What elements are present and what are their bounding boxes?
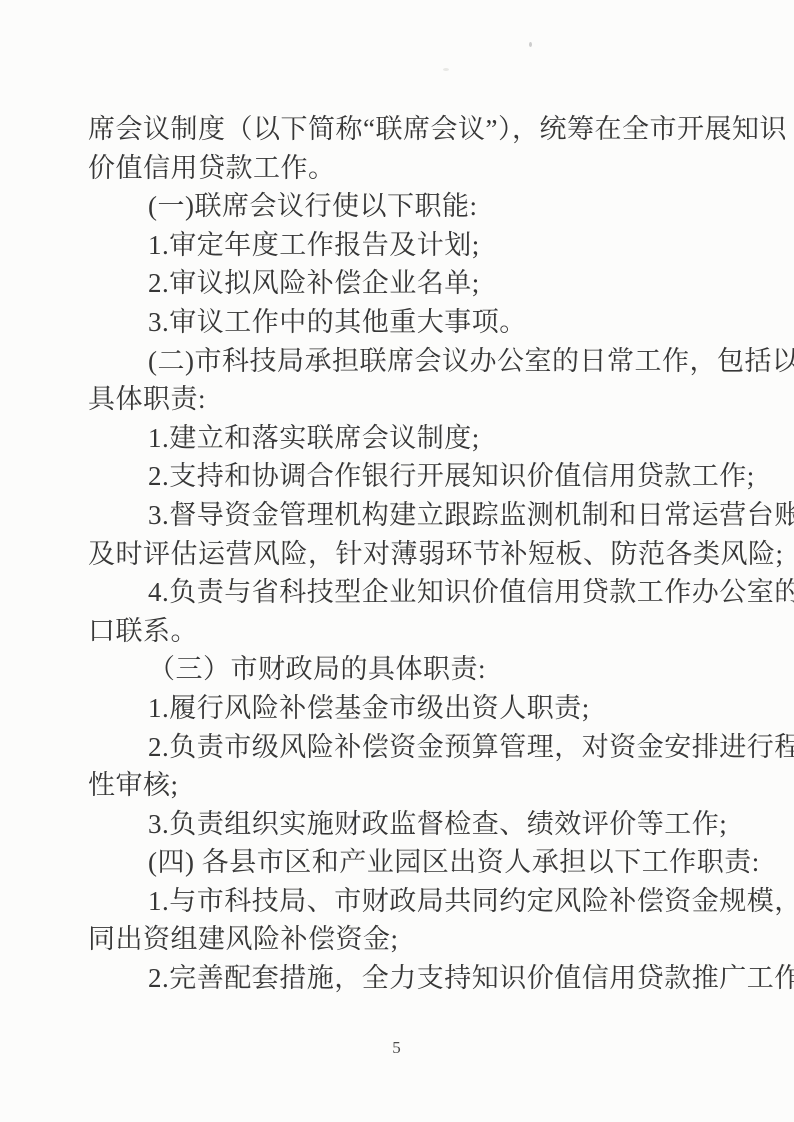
document-line: 口联系。: [88, 612, 712, 651]
document-line: 性审核;: [88, 766, 712, 805]
document-line: 及时评估运营风险，针对薄弱环节补短板、防范各类风险;: [88, 535, 712, 574]
document-body: 席会议制度（以下简称“联席会议”），统筹在全市开展知识价值信用贷款工作。(一)联…: [88, 110, 712, 998]
document-line: 2.负责市级风险补偿资金预算管理，对资金安排进行程序: [88, 728, 712, 767]
document-line: 价值信用贷款工作。: [88, 149, 712, 188]
document-line: 3.审议工作中的其他重大事项。: [88, 303, 712, 342]
scan-artifact: [529, 42, 532, 47]
scan-artifact: [443, 68, 449, 71]
page-number: 5: [0, 1038, 794, 1058]
document-line: 3.督导资金管理机构建立跟踪监测机制和日常运营台账，: [88, 496, 712, 535]
document-line: 1.履行风险补偿基金市级出资人职责;: [88, 689, 712, 728]
document-line: 3.负责组织实施财政监督检查、绩效评价等工作;: [88, 805, 712, 844]
document-line: 1.与市科技局、市财政局共同约定风险补偿资金规模，共: [88, 882, 712, 921]
document-line: 2.审议拟风险补偿企业名单;: [88, 264, 712, 303]
document-line: 2.支持和协调合作银行开展知识价值信用贷款工作;: [88, 457, 712, 496]
document-line: 席会议制度（以下简称“联席会议”），统筹在全市开展知识: [88, 110, 712, 149]
document-page: 席会议制度（以下简称“联席会议”），统筹在全市开展知识价值信用贷款工作。(一)联…: [0, 0, 794, 1122]
document-line: (二)市科技局承担联席会议办公室的日常工作，包括以下: [88, 342, 712, 381]
document-line: 1.建立和落实联席会议制度;: [88, 419, 712, 458]
document-line: 具体职责:: [88, 380, 712, 419]
document-line: 2.完善配套措施，全力支持知识价值信用贷款推广工作;: [88, 959, 712, 998]
document-line: （三）市财政局的具体职责:: [88, 650, 712, 689]
document-line: (一)联席会议行使以下职能:: [88, 187, 712, 226]
document-line: (四) 各县市区和产业园区出资人承担以下工作职责:: [88, 843, 712, 882]
document-line: 1.审定年度工作报告及计划;: [88, 226, 712, 265]
document-line: 4.负责与省科技型企业知识价值信用贷款工作办公室的对: [88, 573, 712, 612]
document-line: 同出资组建风险补偿资金;: [88, 920, 712, 959]
